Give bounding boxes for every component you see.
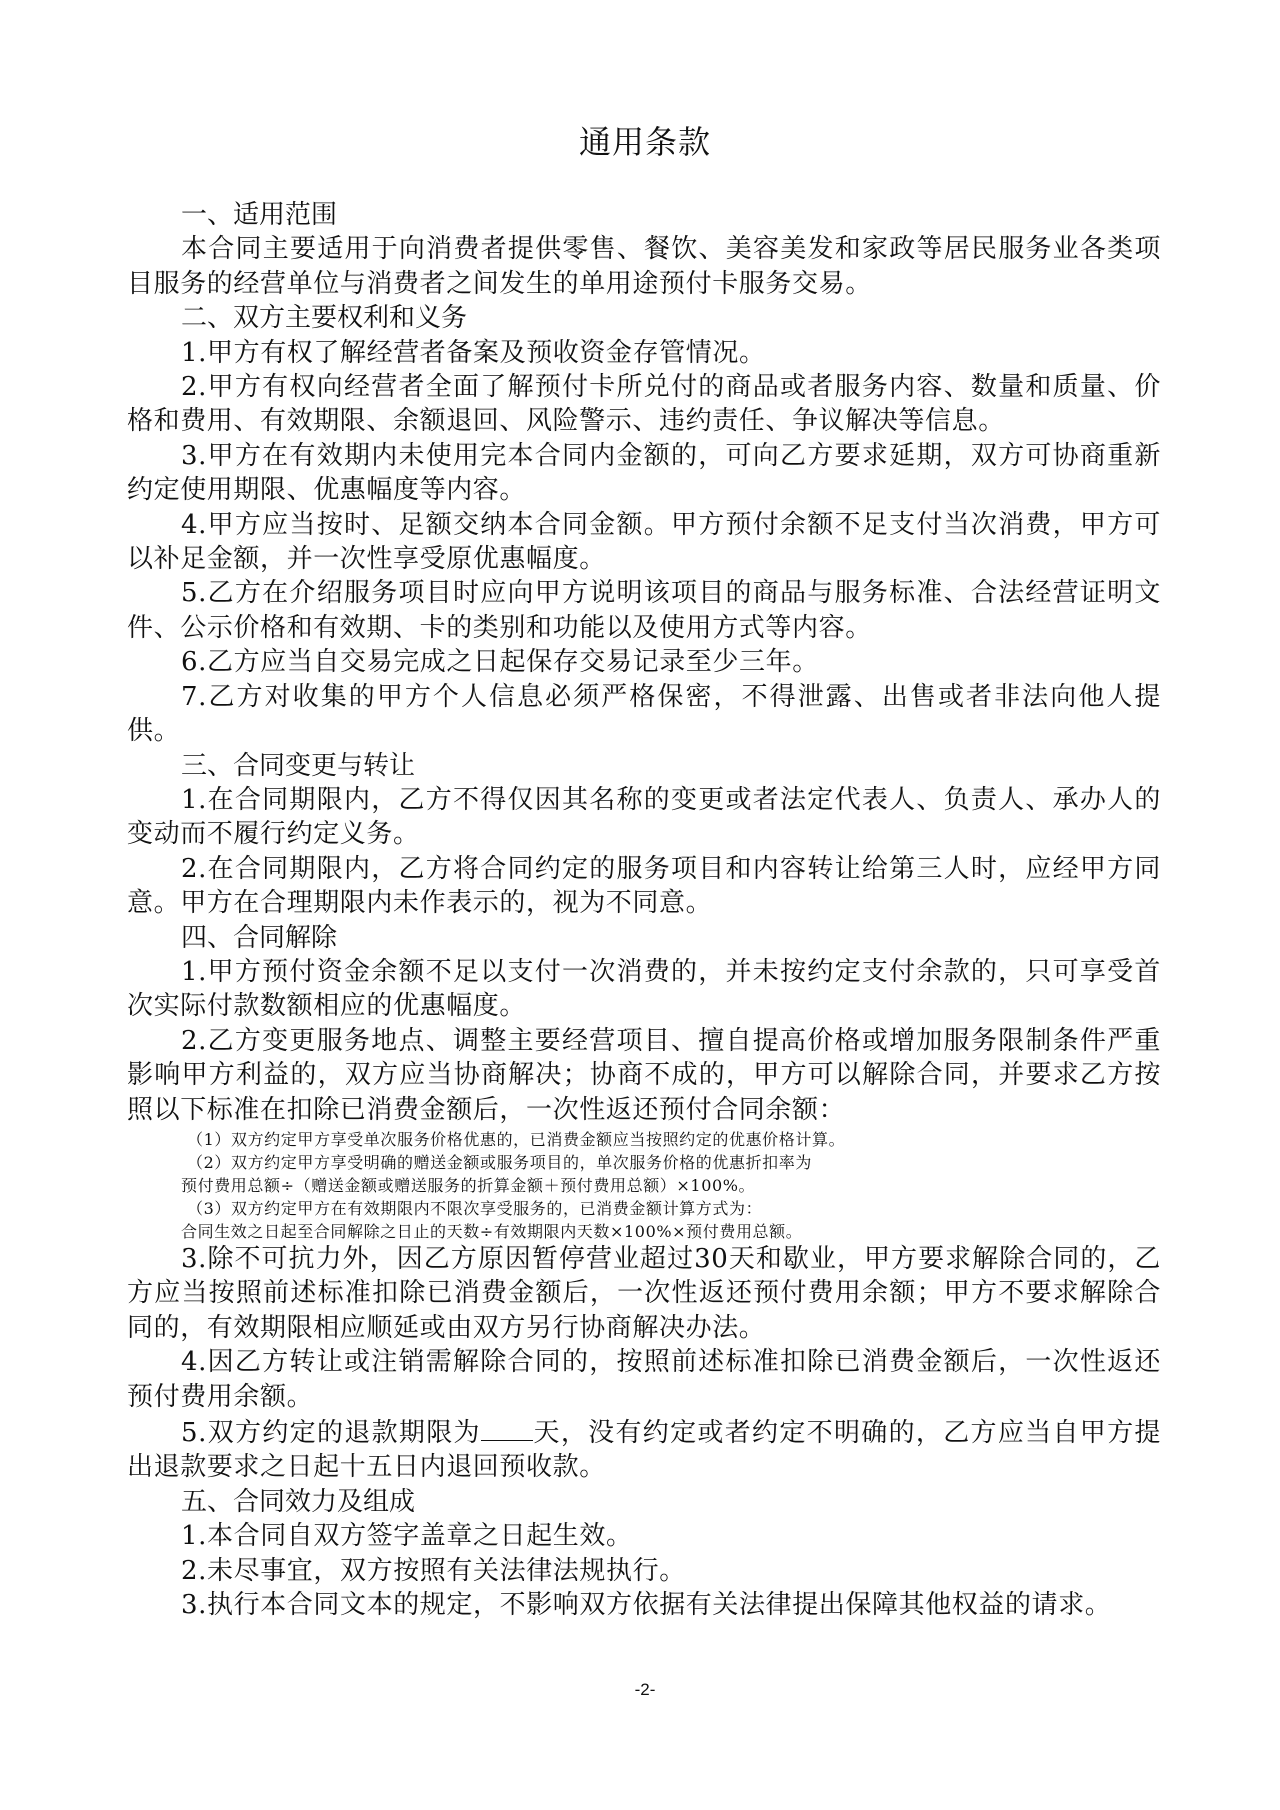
section-heading-scope: 一、适用范围: [127, 198, 1161, 232]
clause-refund-period: 5.双方约定的退款期限为天，没有约定或者约定不明确的，乙方应当自甲方提出退款要求…: [127, 1414, 1161, 1485]
clause: 4.因乙方转让或注销需解除合同的，按照前述标准扣除已消费金额后，一次性返还预付费…: [127, 1345, 1161, 1414]
clause: 6.乙方应当自交易完成之日起保存交易记录至少三年。: [127, 645, 1161, 679]
clause: 7.乙方对收集的甲方个人信息必须严格保密，不得泄露、出售或者非法向他人提供。: [127, 680, 1161, 749]
clause: 1.在合同期限内，乙方不得仅因其名称的变更或者法定代表人、负责人、承办人的变动而…: [127, 783, 1161, 852]
clause: 1.本合同自双方签字盖章之日起生效。: [127, 1519, 1161, 1553]
sub-clause-1: （1）双方约定甲方享受单次服务价格优惠的，已消费金额应当按照约定的优惠价格计算。: [127, 1127, 1161, 1150]
sub-clause-text: （1）双方约定甲方享受单次服务价格优惠的，已消费金额应当按照约定的优惠价格计算。: [187, 1127, 1161, 1150]
clause: 2.未尽事宜，双方按照有关法律法规执行。: [127, 1554, 1161, 1588]
section-heading-effect: 五、合同效力及组成: [127, 1485, 1161, 1519]
clause: 5.乙方在介绍服务项目时应向甲方说明该项目的商品与服务标准、合法经营证明文件、公…: [127, 576, 1161, 645]
clause: 3.除不可抗力外，因乙方原因暂停营业超过30天和歇业，甲方要求解除合同的，乙方应…: [127, 1242, 1161, 1345]
clause: 4.甲方应当按时、足额交纳本合同金额。甲方预付余额不足支付当次消费，甲方可以补足…: [127, 508, 1161, 577]
clause: 3.甲方在有效期内未使用完本合同内金额的，可向乙方要求延期，双方可协商重新约定使…: [127, 439, 1161, 508]
clause: 2.乙方变更服务地点、调整主要经营项目、擅自提高价格或增加服务限制条件严重影响甲…: [127, 1024, 1161, 1127]
section-heading-termination: 四、合同解除: [127, 921, 1161, 955]
clause: 1.甲方预付资金余额不足以支付一次消费的，并未按约定支付余款的，只可享受首次实际…: [127, 955, 1161, 1024]
paragraph: 本合同主要适用于向消费者提供零售、餐饮、美容美发和家政等居民服务业各类项目服务的…: [127, 232, 1161, 301]
page-title: 通用条款: [0, 120, 1280, 164]
document-body: 一、适用范围 本合同主要适用于向消费者提供零售、餐饮、美容美发和家政等居民服务业…: [127, 198, 1161, 1622]
section-heading-change: 三、合同变更与转让: [127, 749, 1161, 783]
sub-clause-text: （3）双方约定甲方在有效期限内不限次享受服务的，已消费金额计算方式为：: [187, 1196, 1161, 1219]
refund-days-blank[interactable]: [481, 1414, 533, 1441]
formula-text: 合同生效之日起至合同解除之日止的天数÷有效期限内天数×100%×预付费用总额。: [181, 1219, 1161, 1242]
formula-text: 预付费用总额÷（赠送金额或赠送服务的折算金额＋预付费用总额）×100%。: [181, 1173, 1161, 1196]
clause: 3.执行本合同文本的规定，不影响双方依据有关法律提出保障其他权益的请求。: [127, 1588, 1161, 1622]
clause: 2.在合同期限内，乙方将合同约定的服务项目和内容转让给第三人时，应经甲方同意。甲…: [127, 852, 1161, 921]
section-heading-rights: 二、双方主要权利和义务: [127, 301, 1161, 335]
clause-text: 5.双方约定的退款期限为: [181, 1418, 481, 1448]
document-page: 通用条款 一、适用范围 本合同主要适用于向消费者提供零售、餐饮、美容美发和家政等…: [0, 0, 1280, 1810]
sub-clause-3: （3）双方约定甲方在有效期限内不限次享受服务的，已消费金额计算方式为： 合同生效…: [127, 1196, 1161, 1242]
clause: 2.甲方有权向经营者全面了解预付卡所兑付的商品或者服务内容、数量和质量、价格和费…: [127, 370, 1161, 439]
page-number: -2-: [0, 1680, 1280, 1700]
sub-clause-2: （2）双方约定甲方享受明确的赠送金额或服务项目的，单次服务价格的优惠折扣率为 预…: [127, 1150, 1161, 1196]
sub-clause-text: （2）双方约定甲方享受明确的赠送金额或服务项目的，单次服务价格的优惠折扣率为: [187, 1150, 1161, 1173]
clause: 1.甲方有权了解经营者备案及预收资金存管情况。: [127, 336, 1161, 370]
